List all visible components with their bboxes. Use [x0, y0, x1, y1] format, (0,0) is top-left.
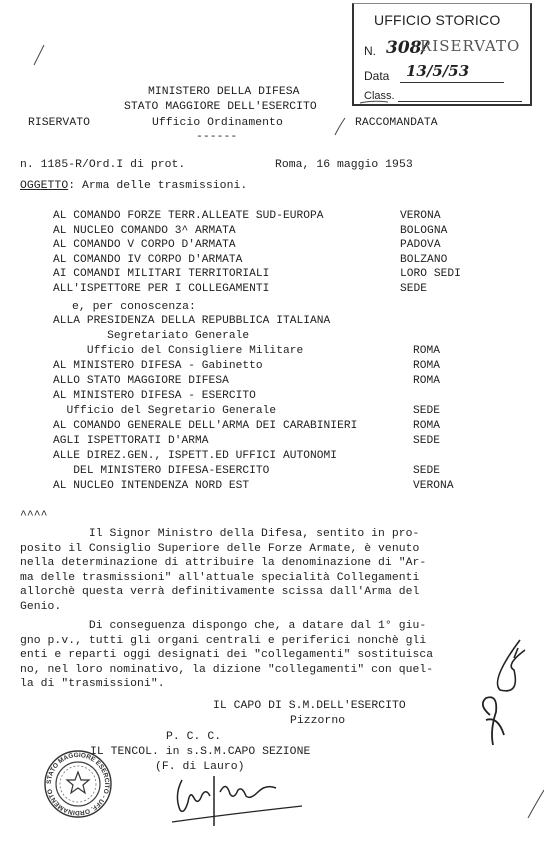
body-line: Il Signor Ministro della Difesa, sentito… [20, 528, 419, 541]
recipient-name: Segretariato Generale [53, 330, 249, 343]
body-line: ma delle trasmissioni" all'attuale speci… [20, 572, 419, 585]
recipient-name: Ufficio del Segretario Generale [53, 405, 276, 418]
body-line: la di "trasmissioni". [20, 678, 165, 691]
pcc-label: P. C. C. [166, 731, 221, 744]
protocol-number: n. 1185-R/Ord.I di prot. [20, 159, 185, 172]
official-seal: STATO MAGGIORE ESERCITO - UFF. ORDINAMEN… [42, 748, 114, 820]
body-line: allorchè questa verrà definitivamente sc… [20, 586, 419, 599]
recipient-place: ROMA [413, 420, 440, 433]
header-staff: STATO MAGGIORE DELL'ESERCITO [124, 101, 317, 114]
recipient-name: AL NUCLEO COMANDO 3^ ARMATA [53, 225, 236, 238]
cc-intro: e, per conoscenza: [72, 301, 196, 314]
header-separator: ------ [196, 131, 237, 144]
recipient-place: BOLZANO [400, 254, 447, 267]
recipient-name: AGLI ISPETTORATI D'ARMA [53, 435, 209, 448]
body-line: Genio. [20, 601, 61, 614]
recipient-name: AL NUCLEO INTENDENZA NORD EST [53, 480, 249, 493]
subject-text: : Arma delle trasmissioni. [68, 180, 247, 192]
recipient-name: Ufficio del Consigliere Militare [53, 345, 303, 358]
recipient-name: AL MINISTERO DIFESA - Gabinetto [53, 360, 263, 373]
recipient-name: ALL'ISPETTORE PER I COLLEGAMENTI [53, 283, 269, 296]
body-line: nella determinazione di attribuire la de… [20, 557, 426, 570]
handwritten-signature [170, 770, 310, 830]
recipient-place: ROMA [413, 360, 440, 373]
recipient-place: SEDE [400, 283, 427, 296]
recipient-place: VERONA [413, 480, 454, 493]
body-line: enti e reparti oggi designati dei "colle… [20, 649, 433, 662]
recipient-place: PADOVA [400, 239, 441, 252]
recipient-place: ROMA [413, 375, 440, 388]
body-line: gno p.v., tutti gli organi centrali e pe… [20, 635, 426, 648]
body-line: posito il Consiglio Superiore delle Forz… [20, 543, 419, 556]
recipient-place: SEDE [413, 435, 440, 448]
header-office: Ufficio Ordinamento [152, 117, 283, 130]
body-line: Di conseguenza dispongo che, a datare da… [20, 620, 426, 633]
signatory-name: Pizzorno [290, 715, 345, 728]
subject-line: OGGETTO: Arma delle trasmissioni. [20, 180, 247, 193]
recipient-place: SEDE [413, 465, 440, 478]
recipient-name: AL MINISTERO DIFESA - ESERCITO [53, 390, 256, 403]
recipient-name: AL COMANDO FORZE TERR.ALLEATE SUD-EUROPA [53, 210, 324, 223]
place-date: Roma, 16 maggio 1953 [275, 159, 413, 172]
divider: ^^^^ [20, 510, 48, 523]
header-ministry: MINISTERO DELLA DIFESA [148, 86, 299, 99]
officer-title: IL TENCOL. in s.S.M.CAPO SEZIONE [90, 746, 310, 759]
signatory-title: IL CAPO DI S.M.DELL'ESERCITO [213, 700, 406, 713]
recipient-name: DEL MINISTERO DIFESA-ESERCITO [53, 465, 269, 478]
recipient-name: ALLA PRESIDENZA DELLA REPUBBLICA ITALIAN… [53, 315, 330, 328]
subject-label: OGGETTO [20, 180, 68, 192]
recipient-place: BOLOGNA [400, 225, 447, 238]
tag-riservato: RISERVATO [28, 117, 90, 130]
recipient-name: AI COMANDI MILITARI TERRITORIALI [53, 268, 269, 281]
tag-raccomandata: RACCOMANDATA [355, 117, 438, 130]
recipient-place: SEDE [413, 405, 440, 418]
recipient-name: ALLE DIREZ.GEN., ISPETT.ED UFFICI AUTONO… [53, 450, 337, 463]
recipient-name: AL COMANDO V CORPO D'ARMATA [53, 239, 236, 252]
recipient-name: AL COMANDO IV CORPO D'ARMATA [53, 254, 242, 267]
body-line: no, nel loro nominativo, la dizione "col… [20, 664, 433, 677]
recipient-name: ALLO STATO MAGGIORE DIFESA [53, 375, 229, 388]
recipient-name: AL COMANDO GENERALE DELL'ARMA DEI CARABI… [53, 420, 357, 433]
recipient-place: VERONA [400, 210, 441, 223]
recipient-place: ROMA [413, 345, 440, 358]
recipient-place: LORO SEDI [400, 268, 461, 281]
